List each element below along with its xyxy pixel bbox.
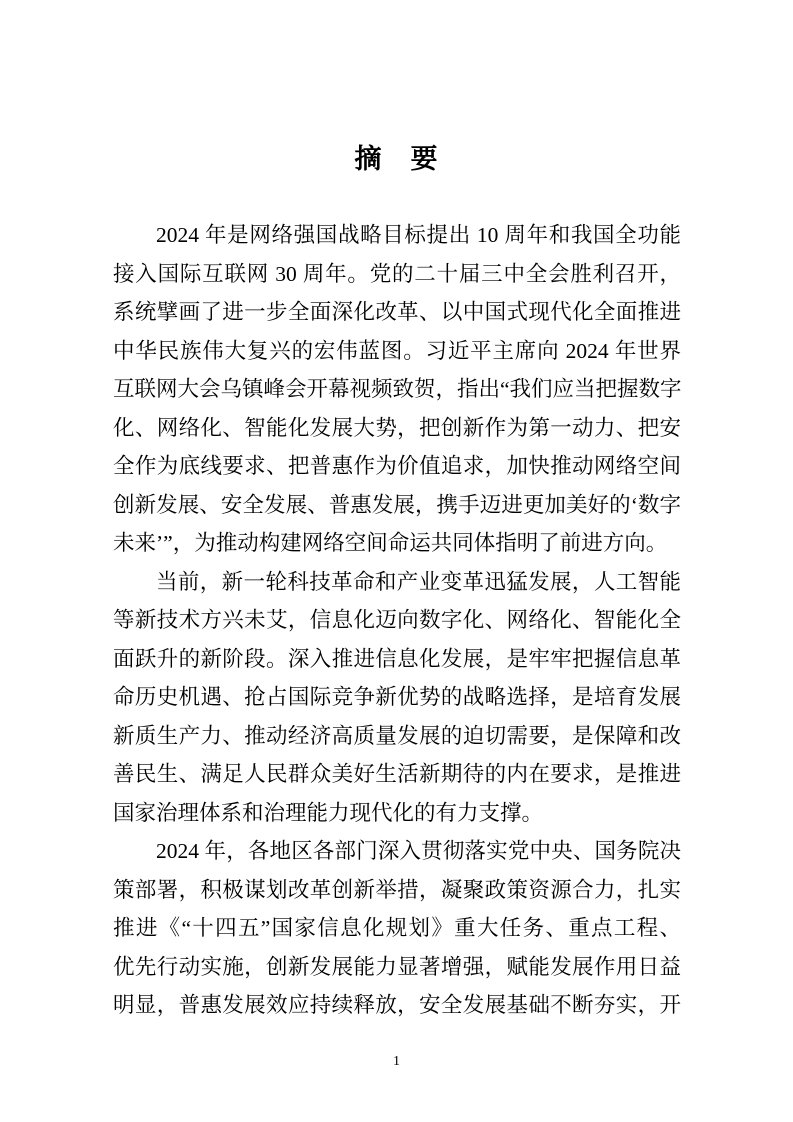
paragraph-line: 中华民族伟大复兴的宏伟蓝图。习近平主席向 2024 年世界 [113,332,681,371]
paragraph-line: 2024 年是网络强国战略目标提出 10 周年和我国全功能 [113,216,681,255]
paragraph-line: 善民生、满足人民群众美好生活新期待的内在要求，是推进 [113,755,681,794]
page-number: 1 [0,1052,793,1072]
paragraph-line: 等新技术方兴未艾，信息化迈向数字化、网络化、智能化全 [113,601,681,640]
paragraph-line: 面跃升的新阶段。深入推进信息化发展，是牢牢把握信息革 [113,640,681,679]
paragraph-line: 接入国际互联网 30 周年。党的二十届三中全会胜利召开， [113,255,681,294]
paragraph: 2024 年，各地区各部门深入贯彻落实党中央、国务院决 策部署，积极谋划改革创新… [113,832,681,1025]
paragraph-line: 优先行动实施，创新发展能力显著增强，赋能发展作用日益 [113,948,681,987]
paragraph-line: 未来’”，为推动构建网络空间命运共同体指明了前进方向。 [113,524,681,563]
paragraph-line: 当前，新一轮科技革命和产业变革迅猛发展，人工智能 [113,563,681,602]
paragraph-line: 推进《“十四五”国家信息化规划》重大任务、重点工程、 [113,909,681,948]
paragraph-line: 策部署，积极谋划改革创新举措，凝聚政策资源合力，扎实 [113,871,681,910]
paragraph-line: 化、网络化、智能化发展大势，把创新作为第一动力、把安 [113,409,681,448]
page-title: 摘 要 [0,141,793,177]
document-page: 摘 要 2024 年是网络强国战略目标提出 10 周年和我国全功能 接入国际互联… [0,0,793,1122]
paragraph-line: 新质生产力、推动经济高质量发展的迫切需要，是保障和改 [113,717,681,756]
paragraph-line: 2024 年，各地区各部门深入贯彻落实党中央、国务院决 [113,832,681,871]
paragraph-line: 互联网大会乌镇峰会开幕视频致贺，指出“我们应当把握数字 [113,370,681,409]
paragraph: 当前，新一轮科技革命和产业变革迅猛发展，人工智能 等新技术方兴未艾，信息化迈向数… [113,563,681,833]
paragraph: 2024 年是网络强国战略目标提出 10 周年和我国全功能 接入国际互联网 30… [113,216,681,563]
paragraph-line: 全作为底线要求、把普惠作为价值追求，加快推动网络空间 [113,447,681,486]
paragraph-line: 创新发展、安全发展、普惠发展，携手迈进更加美好的‘数字 [113,486,681,525]
paragraph-line: 命历史机遇、抢占国际竞争新优势的战略选择，是培育发展 [113,678,681,717]
paragraph-line: 国家治理体系和治理能力现代化的有力支撑。 [113,794,681,833]
paragraph-line: 明显，普惠发展效应持续释放，安全发展基础不断夯实，开 [113,986,681,1025]
paragraph-line: 系统擘画了进一步全面深化改革、以中国式现代化全面推进 [113,293,681,332]
document-body: 2024 年是网络强国战略目标提出 10 周年和我国全功能 接入国际互联网 30… [113,216,681,1025]
